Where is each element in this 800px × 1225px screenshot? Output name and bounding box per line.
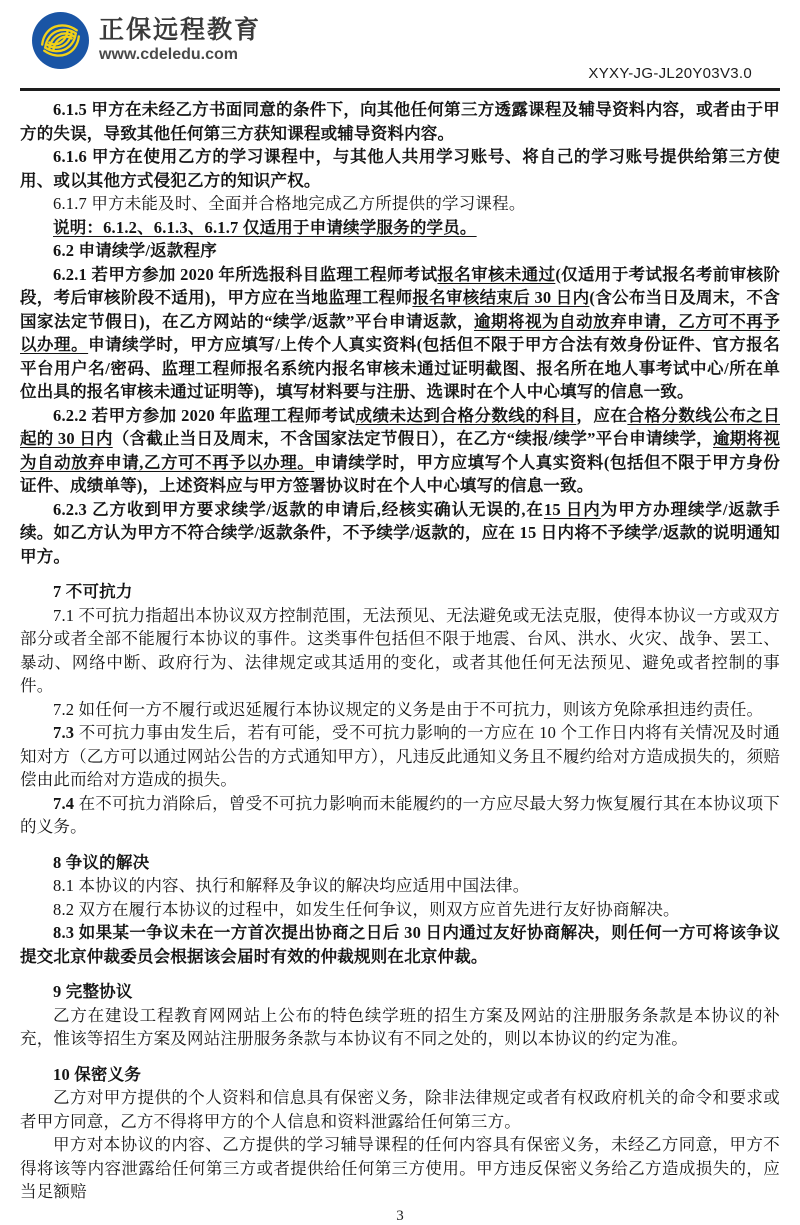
clause-6-1-5: 6.1.5 甲方在未经乙方书面同意的条件下，向其他任何第三方透露课程及辅导资料内… [20,98,780,145]
clause-8-1: 8.1 本协议的内容、执行和解释及争议的解决均应适用中国法律。 [20,874,780,898]
clause-7-4: 7.4 在不可抗力消除后，曾受不可抗力影响而未能履约的一方应尽最大努力恢复履行其… [20,792,780,839]
clause-8-2: 8.2 双方在履行本协议的过程中，如发生任何争议，则双方应首先进行友好协商解决。 [20,898,780,922]
clause-6-2-3: 6.2.3 乙方收到甲方要求续学/返款的申请后,经核实确认无误的,在15 日内为… [20,498,780,569]
clause-7-3: 7.3 不可抗力事由发生后，若有可能，受不可抗力影响的一方应在 10 个工作日内… [20,721,780,792]
clause-10-body-2: 甲方对本协议的内容、乙方提供的学习辅导课程的任何内容具有保密义务，未经乙方同意，… [20,1133,780,1204]
clause-6-1-7: 6.1.7 甲方未能及时、全面并合格地完成乙方所提供的学习课程。 [20,192,780,216]
logo-circle [32,12,89,69]
clause-10-body-1: 乙方对甲方提供的个人资料和信息具有保密义务，除非法律规定或者有权政府机关的命令和… [20,1086,780,1133]
clause-8-3: 8.3 如果某一争议未在一方首次提出协商之日后 30 日内通过友好协商解决，则任… [20,921,780,968]
doc-code: XYXY-JG-JL20Y03V3.0 [588,65,752,82]
heading-7: 7 不可抗力 [20,580,780,604]
clause-6-1-6: 6.1.6 甲方在使用乙方的学习课程中，与其他人共用学习账号、将自己的学习账号提… [20,145,780,192]
heading-8: 8 争议的解决 [20,851,780,875]
clause-6-1-note: 说明：6.1.2、6.1.3、6.1.7 仅适用于申请续学服务的学员。 [20,216,780,240]
company-logo-icon [32,12,89,69]
page-number: 3 [396,1208,404,1224]
brand-name: 正保远程教育 [99,17,261,45]
clause-6-2-2: 6.2.2 若甲方参加 2020 年监理工程师考试成绩未达到合格分数线的科目，应… [20,404,780,498]
clause-9-body: 乙方在建设工程教育网网站上公布的特色续学班的招生方案及网站的注册服务条款是本协议… [20,1004,780,1051]
heading-9: 9 完整协议 [20,980,780,1004]
clause-6-2-1: 6.2.1 若甲方参加 2020 年所选报科目监理工程师考试报名审核未通过(仅适… [20,263,780,404]
heading-10: 10 保密义务 [20,1063,780,1087]
brand: 正保远程教育 www.cdeledu.com [32,12,261,69]
document-page: 正保远程教育 www.cdeledu.com XYXY-JG-JL20Y03V3… [20,0,780,1225]
document-body: 6.1.5 甲方在未经乙方书面同意的条件下，向其他任何第三方透露课程及辅导资料内… [20,91,780,1204]
footer: 3 [20,1208,780,1225]
header: 正保远程教育 www.cdeledu.com XYXY-JG-JL20Y03V3… [20,8,780,91]
heading-6-2: 6.2 申请续学/返款程序 [20,239,780,263]
clause-7-2: 7.2 如任何一方不履行或迟延履行本协议规定的义务是由于不可抗力，则该方免除承担… [20,698,780,722]
brand-text: 正保远程教育 www.cdeledu.com [99,17,261,64]
brand-url: www.cdeledu.com [99,46,261,64]
clause-7-1: 7.1 不可抗力指超出本协议双方控制范围，无法预见、无法避免或无法克服，使得本协… [20,604,780,698]
